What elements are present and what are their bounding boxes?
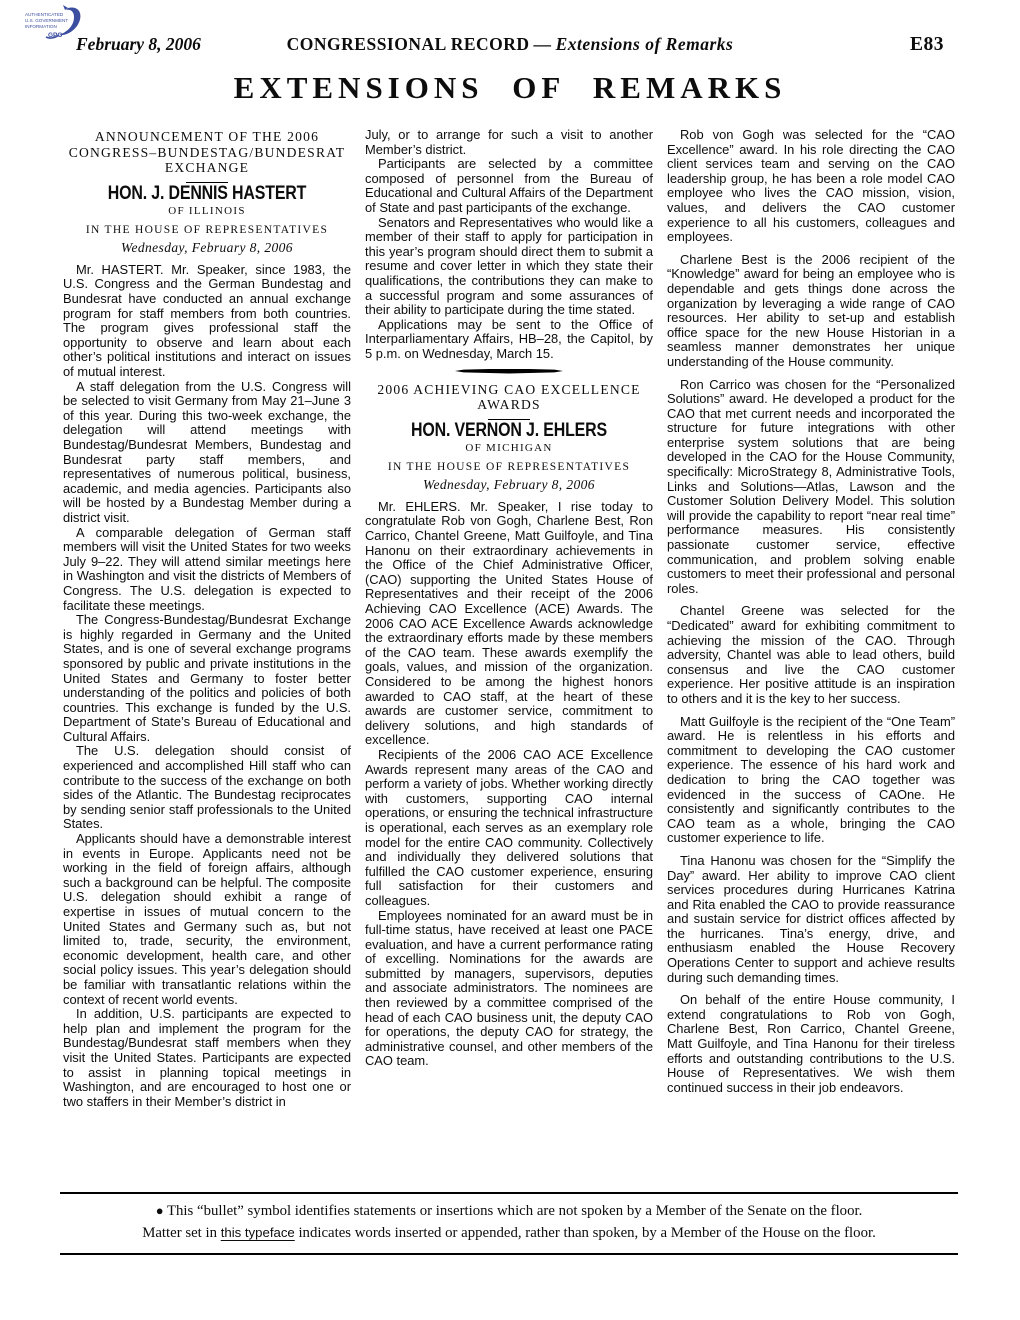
paragraph: Mr. HASTERT. Mr. Speaker, since 1983, th… [63, 263, 351, 380]
paragraph: The Congress-Bundestag/Bundesrat Exchang… [63, 613, 351, 744]
congressional-record-page: AUTHENTICATED U.S. GOVERNMENT INFORMATIO… [0, 0, 1020, 1320]
paragraph-continuation: July, or to arrange for such a visit to … [365, 128, 653, 157]
article2-speaker-name: HON. VERNON J. EHLERS [388, 424, 630, 439]
footer-senate-note-text: This “bullet” symbol identifies statemen… [164, 1203, 863, 1219]
text-columns: ANNOUNCEMENT OF THE 2006 CONGRESS–BUNDES… [63, 128, 957, 1176]
article2-heading: 2006 ACHIEVING CAO EXCELLENCE AWARDS [365, 382, 653, 413]
article1-heading: ANNOUNCEMENT OF THE 2006 CONGRESS–BUNDES… [63, 129, 351, 176]
article1-header: ANNOUNCEMENT OF THE 2006 CONGRESS–BUNDES… [63, 129, 351, 256]
article2-chamber-line: IN THE HOUSE OF REPRESENTATIVES [365, 460, 653, 475]
paragraph: Matt Guilfoyle is the recipient of the “… [667, 715, 955, 846]
bullet-icon: ● [156, 1203, 164, 1218]
article2-dateline: Wednesday, February 8, 2006 [365, 478, 653, 493]
footer-note: ● This “bullet” symbol identifies statem… [60, 1192, 958, 1255]
article2-state-line: OF MICHIGAN [365, 441, 653, 456]
header-date: February 8, 2006 [62, 34, 287, 55]
running-head: February 8, 2006 CONGRESSIONAL RECORD — … [62, 34, 958, 56]
paragraph: Senators and Representatives who would l… [365, 216, 653, 318]
column-2: July, or to arrange for such a visit to … [365, 128, 653, 1176]
logo-text-line3: INFORMATION [25, 24, 57, 29]
article1-speaker-name: HON. J. DENNIS HASTERT [86, 187, 328, 202]
footer-house-note: Matter set in this typeface indicates wo… [60, 1225, 958, 1242]
article1-dateline: Wednesday, February 8, 2006 [63, 241, 351, 256]
paragraph: On behalf of the entire House community,… [667, 993, 955, 1095]
section-separator-rule [455, 369, 563, 374]
paragraph: The U.S. delegation should consist of ex… [63, 744, 351, 832]
column-3: Rob von Gogh was selected for the “CAO E… [667, 128, 955, 1176]
page-title: EXTENSIONS OF REMARKS [0, 70, 1020, 106]
typeface-sample: this typeface [221, 1225, 295, 1240]
column-1: ANNOUNCEMENT OF THE 2006 CONGRESS–BUNDES… [63, 128, 351, 1176]
paragraph: Recipients of the 2006 CAO ACE Excellenc… [365, 748, 653, 909]
paragraph: Employees nominated for an award must be… [365, 909, 653, 1070]
logo-text-line2: U.S. GOVERNMENT [25, 18, 68, 23]
paragraph: Charlene Best is the 2006 recipient of t… [667, 253, 955, 370]
paragraph: Applications may be sent to the Office o… [365, 318, 653, 362]
article1-state-line: OF ILLINOIS [63, 204, 351, 219]
footer-house-note-suffix: indicates words inserted or appended, ra… [295, 1225, 876, 1241]
paragraph: Rob von Gogh was selected for the “CAO E… [667, 128, 955, 245]
journal-section-name: — Extensions of Remarks [530, 34, 734, 54]
paragraph: A staff delegation from the U.S. Congres… [63, 380, 351, 526]
paragraph: Ron Carrico was chosen for the “Personal… [667, 378, 955, 597]
header-page-number: E83 [733, 34, 958, 56]
paragraph: In addition, U.S. participants are expec… [63, 1007, 351, 1109]
header-journal-title: CONGRESSIONAL RECORD — Extensions of Rem… [287, 34, 734, 55]
paragraph: Participants are selected by a committee… [365, 157, 653, 215]
paragraph: Chantel Greene was selected for the “Ded… [667, 604, 955, 706]
journal-name: CONGRESSIONAL RECORD [287, 34, 530, 54]
paragraph: Applicants should have a demonstrable in… [63, 832, 351, 1007]
footer-house-note-prefix: Matter set in [142, 1225, 221, 1241]
paragraph: A comparable delegation of German staff … [63, 526, 351, 614]
logo-text-line1: AUTHENTICATED [25, 12, 64, 17]
footer-senate-note: ● This “bullet” symbol identifies statem… [60, 1203, 958, 1220]
paragraph: Tina Hanonu was chosen for the “Simplify… [667, 854, 955, 985]
article2-header: 2006 ACHIEVING CAO EXCELLENCE AWARDS HON… [365, 382, 653, 493]
paragraph: Mr. EHLERS. Mr. Speaker, I rise today to… [365, 500, 653, 748]
article1-chamber-line: IN THE HOUSE OF REPRESENTATIVES [63, 223, 351, 238]
